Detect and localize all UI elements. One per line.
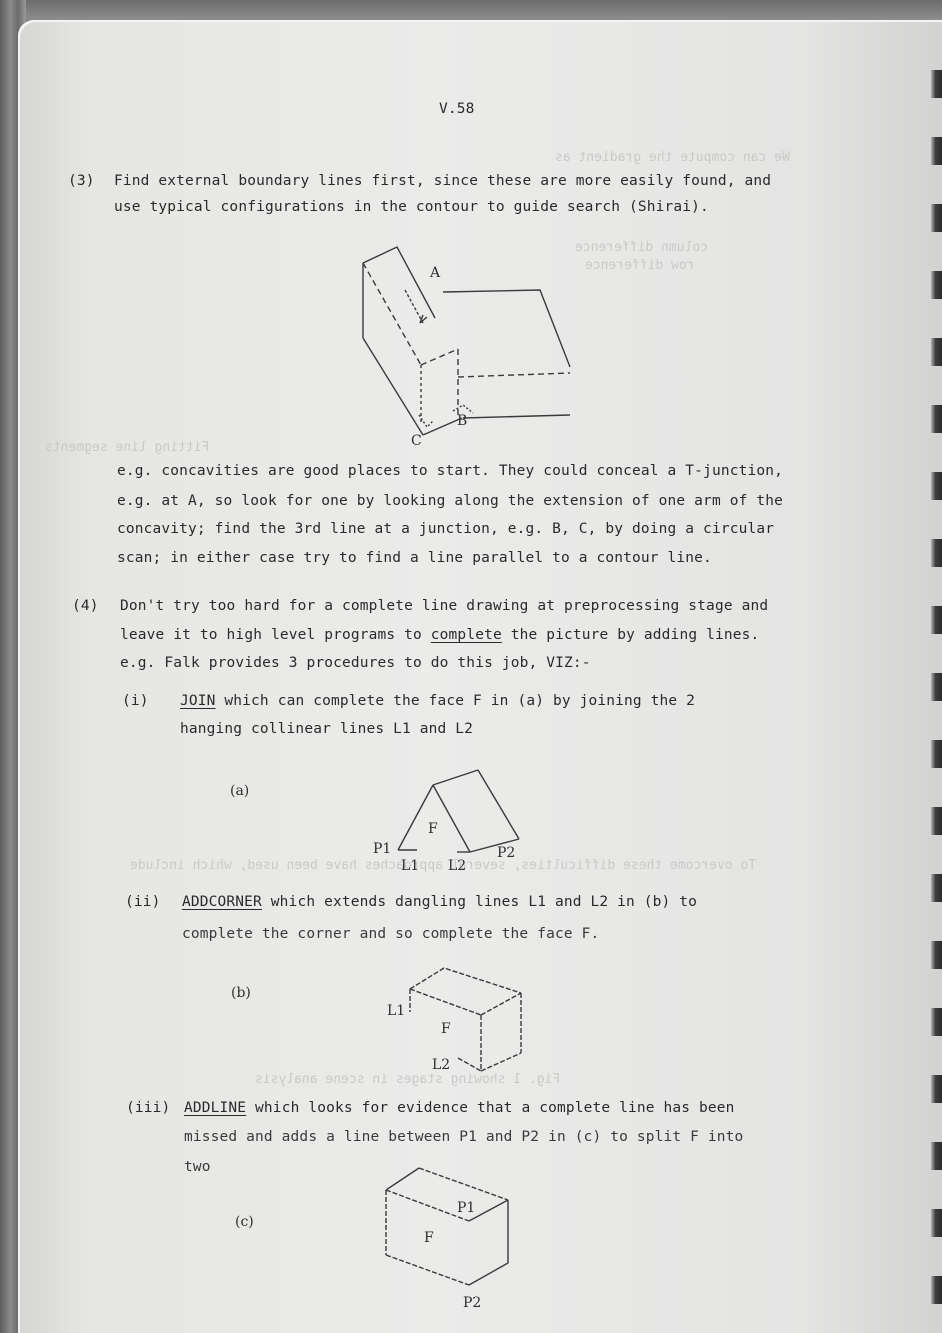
section-4-line-2: leave it to high level programs to compl… <box>120 627 759 643</box>
section-3-para-line: concavity; find the 3rd line at a juncti… <box>117 521 774 537</box>
line-text: which looks for evidence that a complete… <box>246 1100 734 1116</box>
binding-hole <box>931 1276 942 1304</box>
binding-hole <box>931 472 942 500</box>
binding-hole <box>931 1142 942 1170</box>
line-text: which extends dangling lines L1 and L2 i… <box>262 894 697 910</box>
binding-hole <box>931 70 942 98</box>
procedure-name-addcorner: ADDCORNER <box>182 894 262 910</box>
scanner-top-edge <box>0 0 942 20</box>
line-text: the picture by adding lines. <box>502 627 760 643</box>
figure-c-p1-label: P1 <box>457 1200 475 1216</box>
show-through-text: Fitting line segments <box>45 440 209 455</box>
procedure-name-join: JOIN <box>180 693 216 709</box>
section-4-line-3: e.g. Falk provides 3 procedures to do th… <box>120 655 591 671</box>
show-through-text: Fig. 1 showing stages in scene analysis <box>255 1072 560 1087</box>
figure-a-p1-label: P1 <box>373 841 391 857</box>
procedure-1-marker: (i) <box>122 693 149 709</box>
binding-hole <box>931 1075 942 1103</box>
figure-b-l2-label: L2 <box>432 1057 450 1073</box>
figure-b-face-label: F <box>441 1021 451 1037</box>
binding-hole <box>931 673 942 701</box>
line-text: which can complete the face F in (a) by … <box>216 693 696 709</box>
section-4-marker: (4) <box>72 598 99 614</box>
figure-b-tag: (b) <box>231 985 251 1001</box>
show-through-text: We can compute the gradient as <box>555 150 790 165</box>
addcorner-figure <box>408 965 523 1070</box>
section-3-line-2: use typical configurations in the contou… <box>114 199 709 215</box>
procedure-2-marker: (ii) <box>125 894 161 910</box>
binding-hole <box>931 740 942 768</box>
section-3-marker: (3) <box>68 173 95 189</box>
figure-label-c: C <box>411 433 422 449</box>
show-through-text: row difference <box>585 258 695 273</box>
binding-hole <box>931 137 942 165</box>
figure-c-p2-label: P2 <box>463 1295 481 1311</box>
binding-hole <box>931 606 942 634</box>
procedure-3-line-3: two <box>184 1159 211 1175</box>
procedure-3-line-1: ADDLINE which looks for evidence that a … <box>184 1100 735 1116</box>
binding-hole <box>931 1008 942 1036</box>
procedure-3-marker: (iii) <box>126 1100 170 1116</box>
section-3-line-1: Find external boundary lines first, sinc… <box>114 173 771 189</box>
figure-a-l2-label: L2 <box>448 858 466 874</box>
procedure-1-line-2: hanging collinear lines L1 and L2 <box>180 721 473 737</box>
line-text: leave it to high level programs to <box>120 627 431 643</box>
binding-hole <box>931 204 942 232</box>
show-through-text: column difference <box>575 240 708 255</box>
figure-c-tag: (c) <box>235 1214 254 1230</box>
procedure-2-line-2: complete the corner and so complete the … <box>182 926 599 942</box>
section-3-para-line: scan; in either case try to find a line … <box>117 550 712 566</box>
binding-hole <box>931 338 942 366</box>
show-through-text: To overcome these difficulties, several … <box>130 858 756 873</box>
procedure-2-line-1: ADDCORNER which extends dangling lines L… <box>182 894 697 910</box>
section-3-para-line: e.g. concavities are good places to star… <box>117 463 783 479</box>
binding-hole <box>931 807 942 835</box>
section-3-para-line: e.g. at A, so look for one by looking al… <box>117 493 783 509</box>
figure-a-tag: (a) <box>230 783 249 799</box>
section-4-line-1: Don't try too hard for a complete line d… <box>120 598 768 614</box>
binding-hole <box>931 1209 942 1237</box>
procedure-1-line-1: JOIN which can complete the face F in (a… <box>180 693 695 709</box>
procedure-3-line-2: missed and adds a line between P1 and P2… <box>184 1129 743 1145</box>
figure-label-b: B <box>457 413 467 429</box>
binding-hole <box>931 271 942 299</box>
figure-a-face-label: F <box>428 821 438 837</box>
figure-a-p2-label: P2 <box>497 845 515 861</box>
procedure-name-addline: ADDLINE <box>184 1100 246 1116</box>
binding-hole <box>931 874 942 902</box>
figure-c-face-label: F <box>424 1230 434 1246</box>
join-figure <box>395 765 525 855</box>
addline-figure <box>384 1168 510 1278</box>
figure-a-l1-label: L1 <box>401 858 419 874</box>
page-number: V.58 <box>439 101 475 117</box>
binding-hole <box>931 941 942 969</box>
figure-b-l1-label: L1 <box>387 1003 405 1019</box>
binding-hole <box>931 405 942 433</box>
underlined-term: complete <box>431 627 502 643</box>
binding-hole <box>931 539 942 567</box>
figure-label-a: A <box>430 265 440 281</box>
